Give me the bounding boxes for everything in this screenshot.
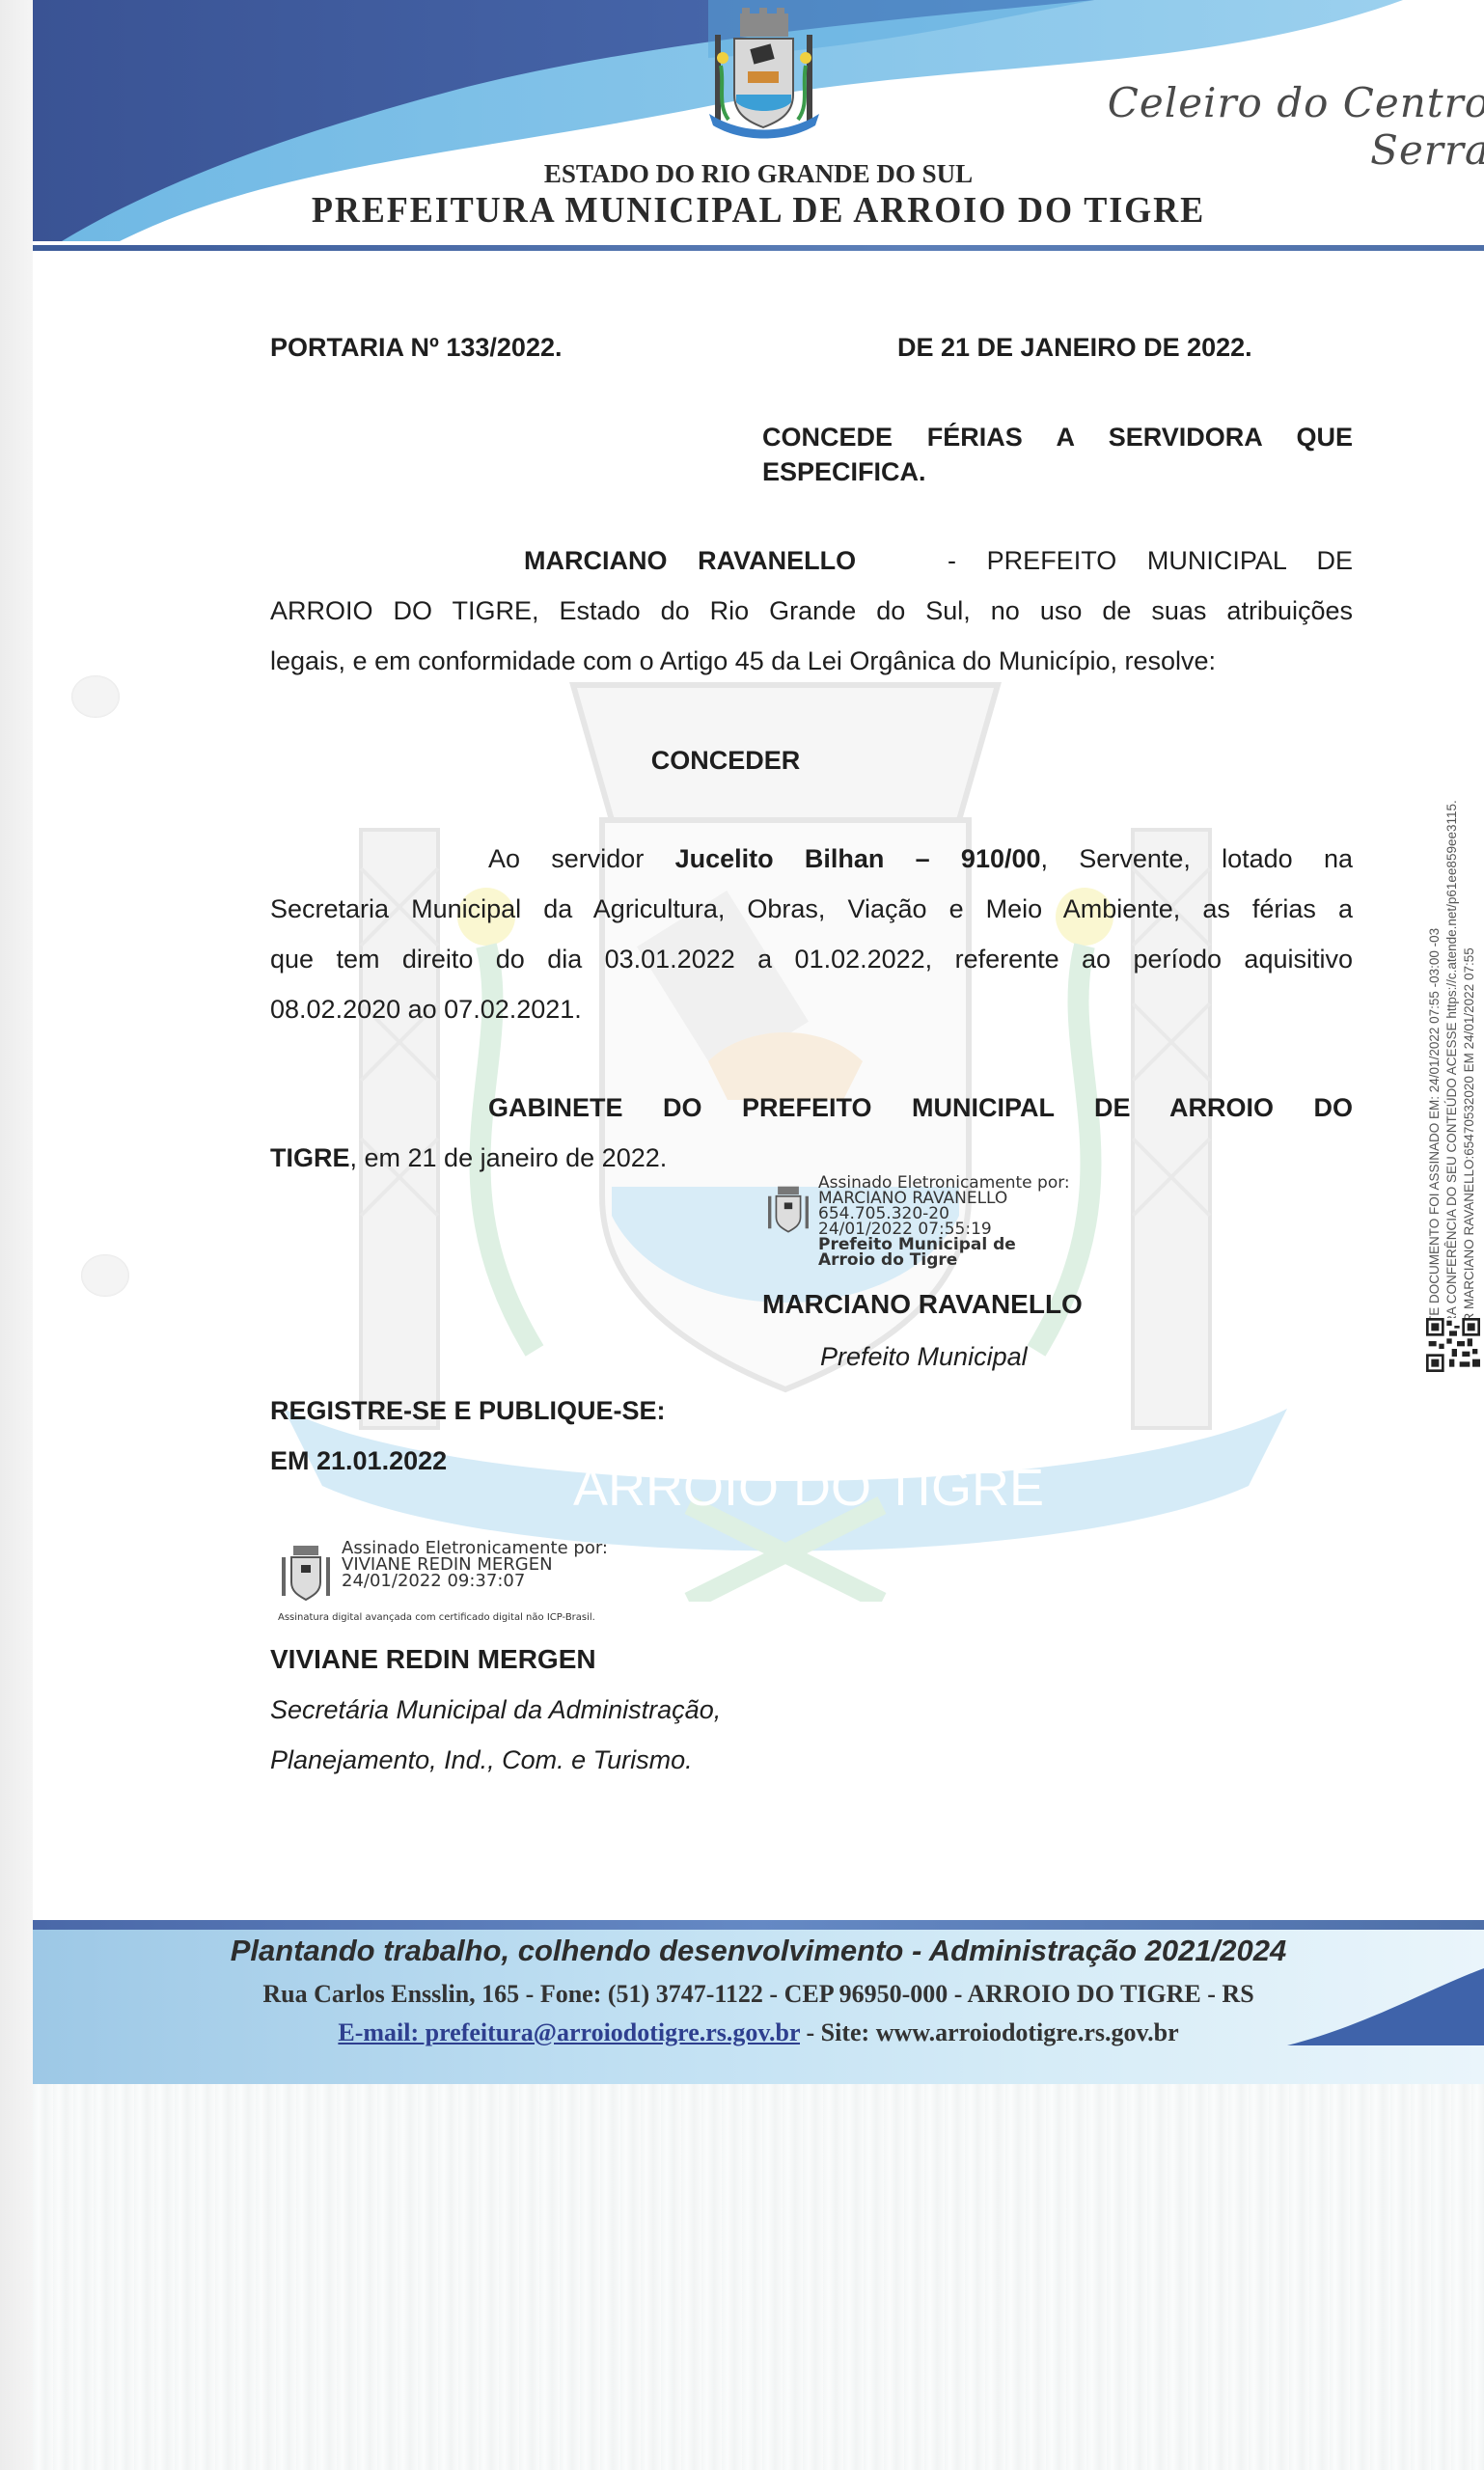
preamble-paragraph: MARCIANO RAVANELLO - PREFEITO MUNICIPAL … — [270, 535, 1353, 686]
footer-contacts: E-mail: prefeitura@arroiodotigre.rs.gov.… — [33, 2018, 1484, 2047]
body-line-3: que tem direito do dia 03.01.2022 a 01.0… — [270, 934, 1353, 984]
closing-line-1: GABINETE DO PREFEITO MUNICIPAL DE ARROIO… — [270, 1083, 1353, 1133]
prefeitura-title: PREFEITURA MUNICIPAL DE ARROIO DO TIGRE — [69, 189, 1448, 232]
portaria-number: PORTARIA Nº 133/2022. — [270, 322, 562, 372]
action-heading: CONCEDER — [0, 735, 1451, 785]
closing-paragraph: GABINETE DO PREFEITO MUNICIPAL DE ARROIO… — [270, 1083, 1353, 1183]
ementa: CONCEDE FÉRIAS A SERVIDORA QUE ESPECIFIC… — [762, 420, 1353, 489]
mayor-name-inline: MARCIANO RAVANELLO — [524, 546, 856, 575]
scan-background — [33, 2084, 1484, 2470]
punch-hole-mark — [81, 1254, 129, 1297]
qr-code-icon[interactable] — [1426, 1318, 1480, 1372]
body-lead: Ao servidor — [488, 844, 644, 873]
footer-site[interactable]: - Site: www.arroiodotigre.rs.gov.br — [800, 2018, 1179, 2046]
verification-link[interactable]: PARA CONFERÊNCIA DO SEU CONTEÚDO ACESSE … — [1443, 704, 1461, 1341]
body-paragraph: Ao servidor Jucelito Bilhan – 910/00, Se… — [270, 834, 1353, 1034]
footer-divider — [33, 1920, 1484, 1930]
portaria-date: DE 21 DE JANEIRO DE 2022. — [897, 322, 1252, 372]
stamp-certificate-note: Assinatura digital avançada com certific… — [278, 1611, 664, 1624]
body-line-4: 08.02.2020 ao 07.02.2021. — [270, 984, 1353, 1034]
preamble-line-1: MARCIANO RAVANELLO - PREFEITO MUNICIPAL … — [270, 535, 1353, 586]
verification-notice: ESTE DOCUMENTO FOI ASSINADO EM: 24/01/20… — [1426, 704, 1482, 1341]
registration-date: EM 21.01.2022 — [270, 1441, 447, 1480]
punch-hole-mark — [71, 675, 120, 718]
footer-email-link[interactable]: E-mail: prefeitura@arroiodotigre.rs.gov.… — [338, 2018, 800, 2046]
mayor-esignature-stamp: Assinado Eletronicamente por: MARCIANO R… — [764, 1175, 1112, 1281]
closing-line-2-bold: TIGRE — [270, 1143, 350, 1172]
state-name: ESTADO DO RIO GRANDE DO SUL — [33, 159, 1484, 189]
ementa-line-2: ESPECIFICA. — [762, 457, 926, 486]
verification-line-1: ESTE DOCUMENTO FOI ASSINADO EM: 24/01/20… — [1426, 704, 1443, 1341]
stamp-datetime: 24/01/2022 09:37:07 — [342, 1573, 608, 1589]
ementa-line-1: CONCEDE FÉRIAS A SERVIDORA QUE — [762, 420, 1353, 454]
coat-of-arms-icon — [703, 8, 824, 143]
watermark-ribbon-text: ARROIO DO TIGRE — [573, 1459, 1044, 1517]
verification-line-3: POR MARCIANO RAVANELLO:65470532020 EM 24… — [1461, 704, 1478, 1341]
mayor-signature-name: MARCIANO RAVANELLO — [762, 1285, 1083, 1324]
registration-label: REGISTRE-SE E PUBLIQUE-SE: — [270, 1391, 666, 1430]
stamp-crest-icon — [278, 1544, 334, 1604]
stamp-text: Assinado Eletronicamente por: MARCIANO R… — [818, 1175, 1070, 1268]
closing-line-2-rest: , em 21 de janeiro de 2022. — [350, 1143, 668, 1172]
document-page: Celeiro do Centro Serra ESTADO DO RIO GR… — [33, 0, 1484, 2084]
preamble-line-1-rest: - PREFEITO MUNICIPAL DE — [948, 546, 1353, 575]
body-line-1: Ao servidor Jucelito Bilhan – 910/00, Se… — [270, 834, 1353, 884]
mayor-signature-role: Prefeito Municipal — [820, 1337, 1028, 1376]
secretary-esignature-stamp: Assinado Eletronicamente por: VIVIANE RE… — [278, 1540, 664, 1636]
employee-name: Jucelito Bilhan – 910/00 — [675, 844, 1041, 873]
body-line-2: Secretaria Municipal da Agricultura, Obr… — [270, 884, 1353, 934]
stamp-role-line-2: Arroio do Tigre — [818, 1252, 1070, 1268]
header-divider — [33, 245, 1484, 251]
body-line-1-rest: , Servente, lotado na — [1041, 844, 1353, 873]
secretary-role-line-1: Secretária Municipal da Administração, — [270, 1690, 721, 1729]
secretary-signature-name: VIVIANE REDIN MERGEN — [270, 1640, 596, 1679]
secretary-role-line-2: Planejamento, Ind., Com. e Turismo. — [270, 1741, 693, 1779]
scan-edge — [0, 0, 33, 2470]
preamble-line-3: legais, e em conformidade com o Artigo 4… — [270, 636, 1353, 686]
footer-address: Rua Carlos Ensslin, 165 - Fone: (51) 374… — [33, 1980, 1484, 2009]
preamble-line-2: ARROIO DO TIGRE, Estado do Rio Grande do… — [270, 586, 1353, 636]
stamp-crest-icon — [764, 1185, 812, 1235]
footer-slogan: Plantando trabalho, colhendo desenvolvim… — [33, 1934, 1484, 1968]
stamp-text: Assinado Eletronicamente por: VIVIANE RE… — [342, 1540, 608, 1589]
